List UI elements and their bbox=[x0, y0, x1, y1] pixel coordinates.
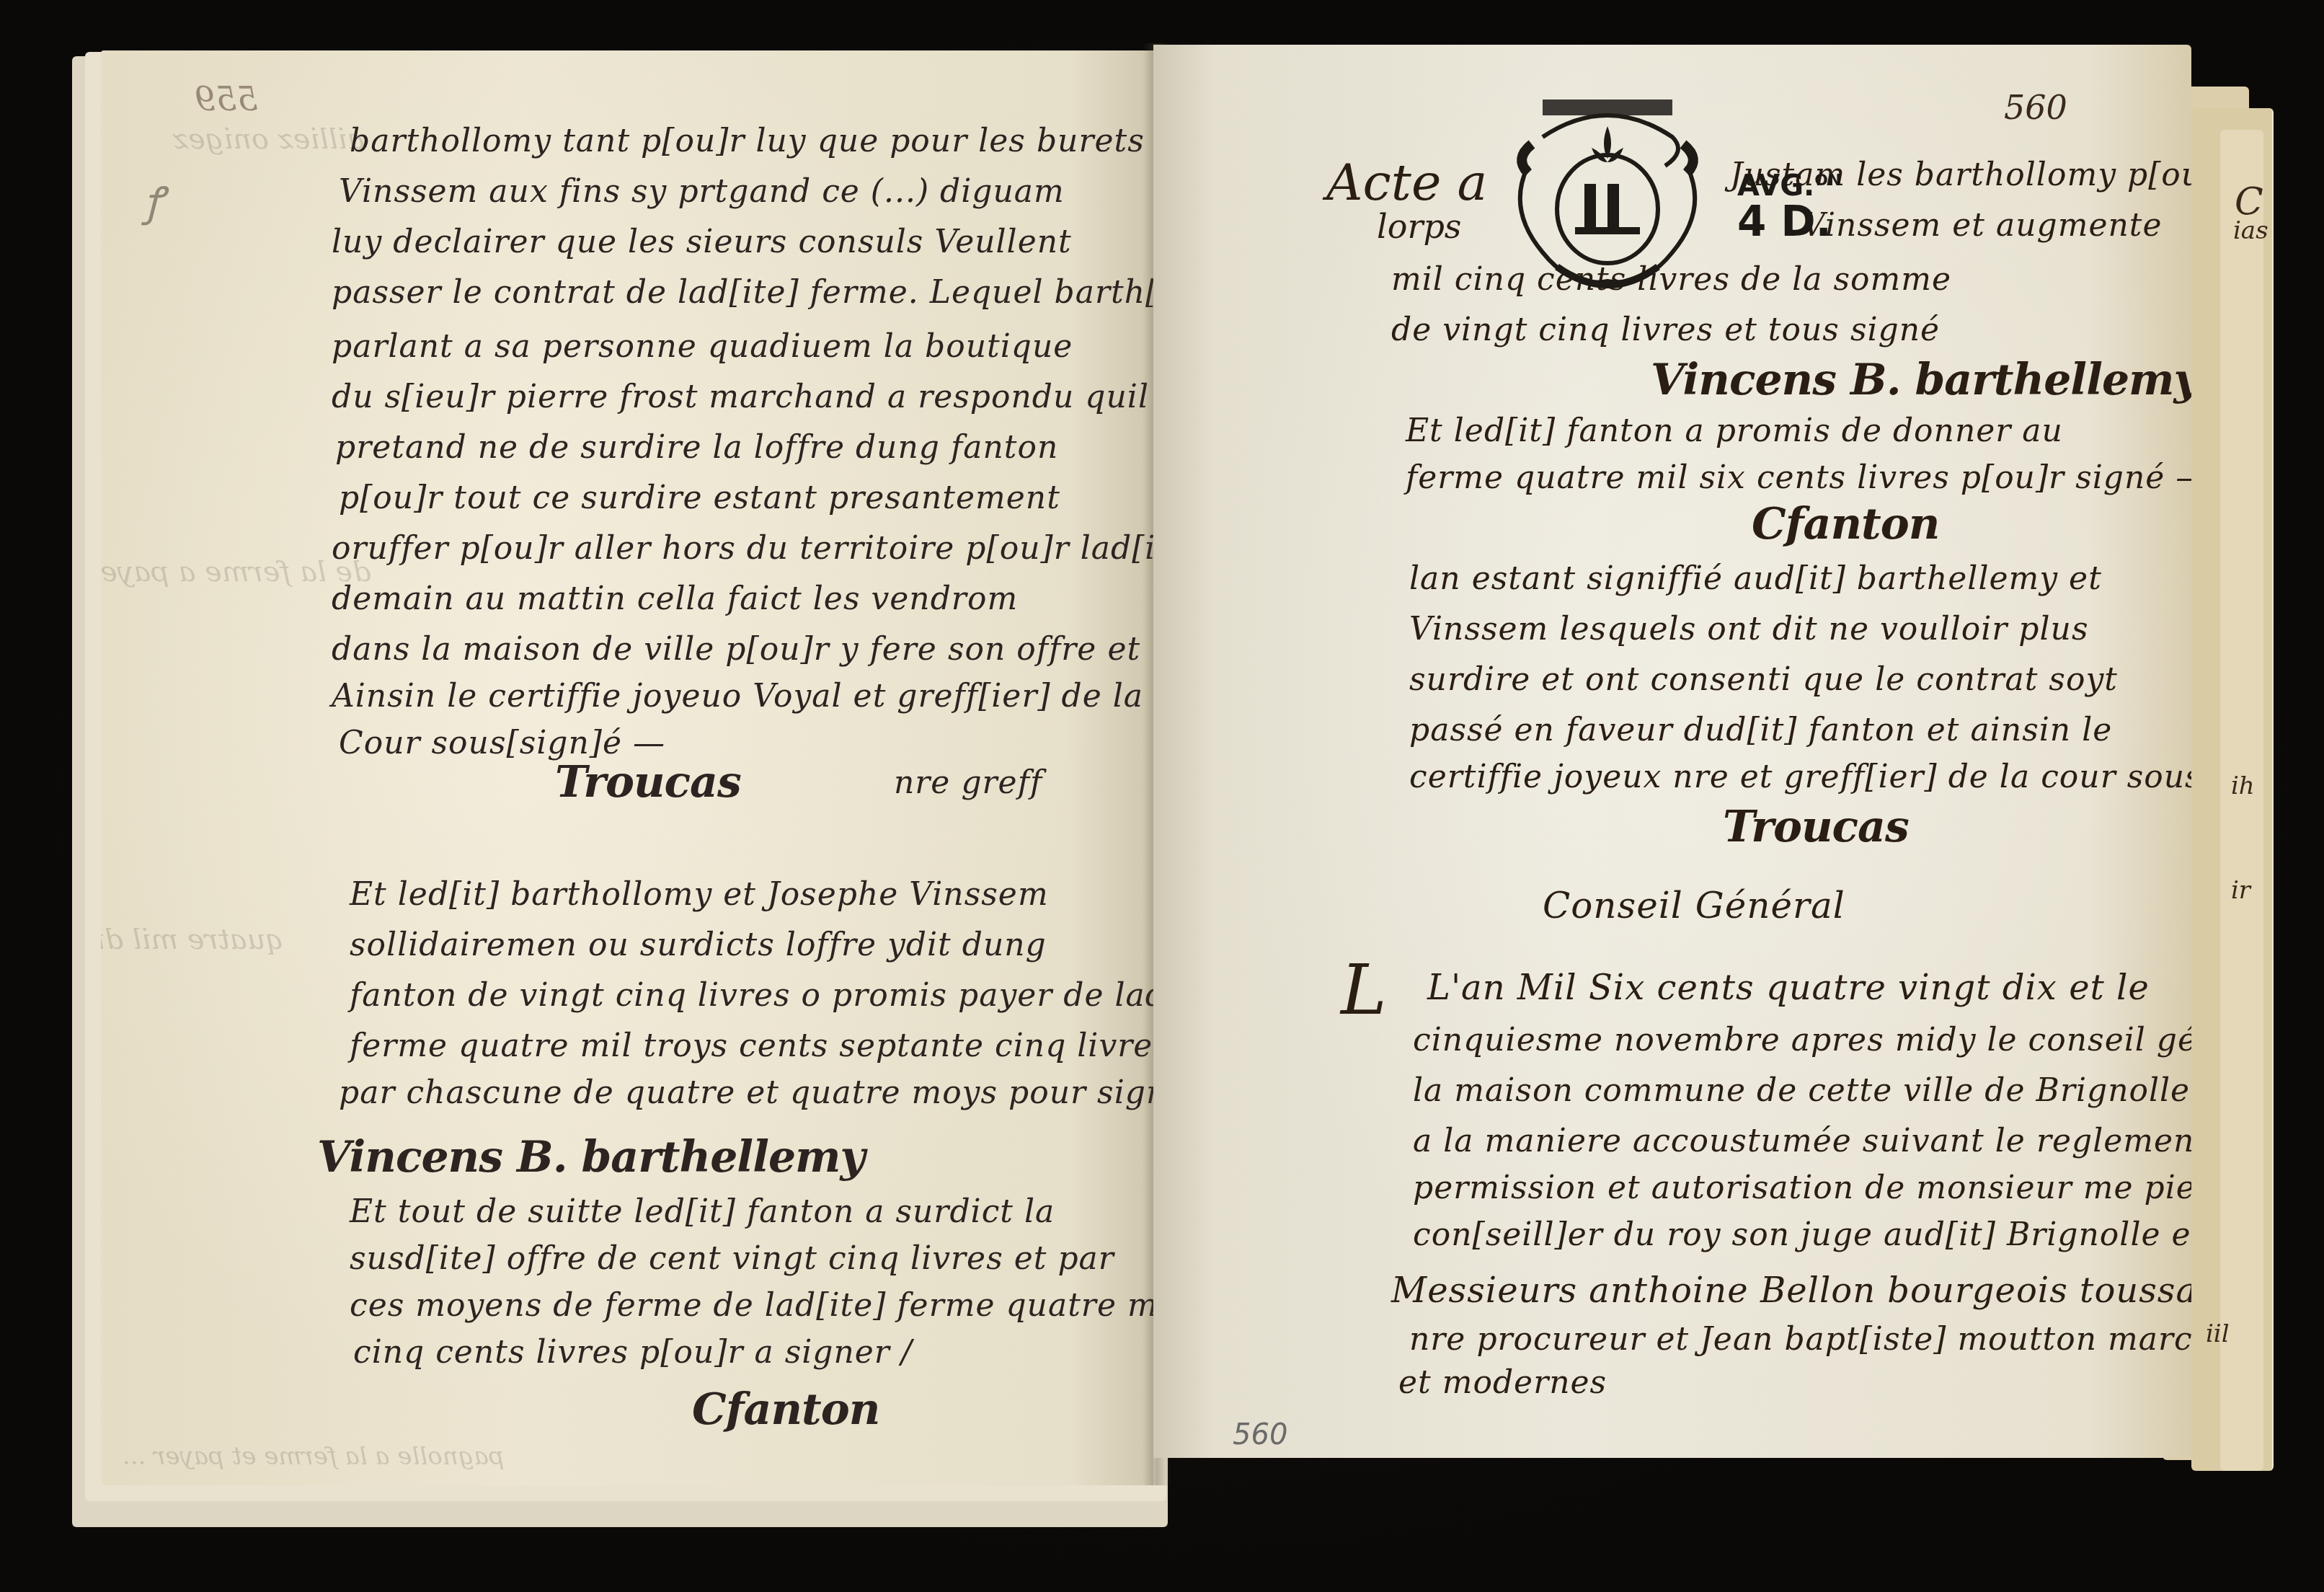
manuscript-line: du s[ieu]r pierre frost marchand a respo… bbox=[332, 379, 1149, 415]
manuscript-line: pretand ne de surdire la loffre dung fan… bbox=[335, 429, 1058, 466]
manuscript-line: Vinssem et augmente bbox=[1802, 207, 2163, 244]
manuscript-line: lan estant signiffié aud[it] barthellemy… bbox=[1409, 560, 2102, 597]
manuscript-line: Ainsin le certiffie joyeuo Voyal et gref… bbox=[332, 678, 1143, 715]
signature-suffix: nre greff bbox=[894, 764, 1042, 801]
manuscript-line: Messieurs anthoine Bellon bourgeois tous… bbox=[1391, 1270, 2191, 1311]
manuscript-line: ces moyens de ferme de lad[ite] ferme qu… bbox=[350, 1287, 1153, 1324]
manuscript-line: la maison commune de cette ville de Brig… bbox=[1413, 1072, 2191, 1109]
pencil-folio-number: 560 bbox=[1233, 1418, 1287, 1451]
edge-note: ir bbox=[2231, 876, 2250, 905]
manuscript-line: oruffer p[ou]r aller hors du territoire … bbox=[332, 530, 1153, 567]
bleed-through-text: quatre mil dix bbox=[101, 923, 284, 956]
folio-number-bleed: 559 bbox=[195, 79, 258, 118]
section-heading: Conseil Général bbox=[1543, 885, 1845, 927]
signature: Troucas bbox=[555, 757, 741, 808]
manuscript-line: fanton de vingt cinq livres o promis pay… bbox=[350, 977, 1153, 1014]
manuscript-line: Et led[it] barthollomy et Josephe Vinsse… bbox=[350, 876, 1049, 913]
manuscript-line: luy declairer que les sieurs consuls Veu… bbox=[332, 224, 1072, 260]
signature: Vincens B. barthellemy bbox=[317, 1132, 864, 1182]
manuscript-line: ferme quatre mil six cents livres p[ou]r… bbox=[1406, 459, 2191, 496]
manuscript-line: passer le contrat de lad[ite] ferme. Leq… bbox=[332, 274, 1153, 311]
manuscript-line: Vinssem aux fins sy prtgand ce (...) dig… bbox=[339, 173, 1065, 210]
manuscript-line: Cour sous[sign]é — bbox=[339, 725, 665, 761]
margin-note: lorps bbox=[1377, 207, 1461, 246]
stamp-value: AVG.ON 4 D. bbox=[1737, 172, 1841, 242]
manuscript-line: cinq cents livres p[ou]r a signer / bbox=[353, 1334, 913, 1371]
manuscript-line: parlant a sa personne quadiuem la boutiq… bbox=[332, 328, 1073, 365]
manuscript-line: p[ou]r tout ce surdire estant presanteme… bbox=[339, 479, 1060, 516]
manuscript-line: et modernes bbox=[1398, 1364, 1607, 1401]
bleed-through-text: de la ferme a payer bbox=[101, 555, 371, 588]
edge-note: iil bbox=[2206, 1319, 2230, 1348]
bleed-through-text: pagnolle a la ferme et payer ... bbox=[123, 1442, 504, 1471]
margin-note: Acte a bbox=[1326, 153, 1487, 212]
manuscript-line: susd[ite] offre de cent vingt cinq livre… bbox=[350, 1240, 1114, 1277]
left-page: 559 ꝭ ailliez onigez de la ferme a payer… bbox=[101, 50, 1153, 1485]
signature: Cfanton bbox=[692, 1384, 879, 1435]
manuscript-line: permission et autorisation de monsieur m… bbox=[1413, 1169, 2191, 1206]
bleed-through-text: ailliez onigez bbox=[173, 123, 364, 156]
manuscript-line: barthollomy tant p[ou]r luy que pour les… bbox=[350, 123, 1153, 159]
manuscript-line: nre procureur et Jean bapt[iste] moutton… bbox=[1409, 1321, 2191, 1358]
edge-note: ih bbox=[2231, 771, 2255, 800]
tax-stamp-icon bbox=[1499, 87, 1716, 303]
initial-letter-flourish: L bbox=[1341, 950, 1387, 1030]
manuscript-line: sollidairemen ou surdicts loffre ydit du… bbox=[350, 927, 1047, 963]
signature: Cfanton bbox=[1752, 499, 1939, 549]
manuscript-line: dans la maison de ville p[ou]r y fere so… bbox=[332, 631, 1140, 668]
manuscript-line: Et tout de suitte led[it] fanton a surdi… bbox=[350, 1193, 1055, 1230]
manuscript-line: par chascune de quatre et quatre moys po… bbox=[339, 1074, 1153, 1111]
manuscript-line: cinquiesme novembre apres midy le consei… bbox=[1413, 1022, 2191, 1058]
manuscript-line: Et led[it] fanton a promis de donner au bbox=[1406, 412, 2063, 449]
right-page-stack-edge bbox=[2220, 130, 2263, 1471]
manuscript-line: certiffie joyeux nre et greff[ier] de la… bbox=[1409, 759, 2191, 795]
stamp-value-sup: ON bbox=[1814, 172, 1841, 190]
stamp-value-bottom: 4 D. bbox=[1737, 200, 1841, 242]
manuscript-line: demain au mattin cella faict les vendrom bbox=[332, 580, 1018, 617]
manuscript-line: passé en faveur dud[it] fanton et ainsin… bbox=[1409, 712, 2112, 748]
manuscript-line: Vinssem lesquels ont dit ne voulloir plu… bbox=[1409, 611, 2089, 647]
manuscript-line: de vingt cinq livres et tous signé bbox=[1391, 311, 1940, 348]
margin-flourish-icon: ꝭ bbox=[144, 173, 164, 228]
signature: Vincens B. barthellemy bbox=[1651, 355, 2191, 405]
manuscript-line: con[seill]er du roy son juge aud[it] Bri… bbox=[1413, 1216, 2191, 1253]
manuscript-line: ferme quatre mil troys cents septante ci… bbox=[350, 1027, 1153, 1064]
manuscript-line: a la maniere accoustumée suivant le regl… bbox=[1413, 1123, 2191, 1159]
signature: Troucas bbox=[1723, 802, 1909, 852]
folio-number: 560 bbox=[2004, 88, 2067, 127]
edge-note: ias bbox=[2233, 216, 2268, 245]
manuscript-line: L'an Mil Six cents quatre vingt dix et l… bbox=[1427, 968, 2150, 1008]
manuscript-line: surdire et ont consenti que le contrat s… bbox=[1409, 661, 2118, 698]
